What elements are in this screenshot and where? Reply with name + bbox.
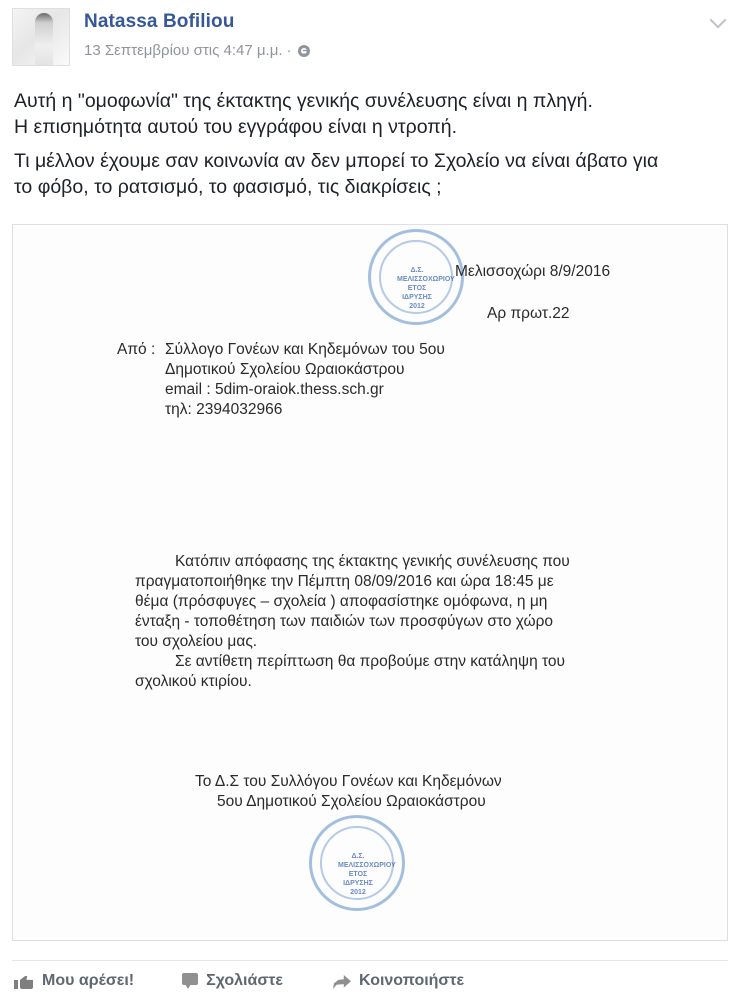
- author-name[interactable]: Natassa Bofiliou: [84, 11, 234, 33]
- doc-protocol: Αρ πρωτ.22: [487, 305, 570, 323]
- post-line: το φόβο, το ρατσισμό, το φασισμό, τις δι…: [14, 176, 442, 198]
- stamp-text: ΕΤΟΣ ΙΔΡΥΣΗΣ: [402, 285, 432, 301]
- post-timestamp[interactable]: 13 Σεπτεμβρίου στις 4:47 μ.μ.: [84, 42, 283, 59]
- doc-from-label: Από :: [117, 341, 155, 359]
- post-actions: Μου αρέσει! Σχολιάστε Κοινοποιήστε: [12, 972, 464, 990]
- doc-from-line: Δημοτικού Σχολείου Ωραιοκάστρου: [165, 361, 405, 379]
- globe-icon[interactable]: [298, 45, 310, 57]
- doc-body-line: του σχολείου μας.: [135, 633, 257, 651]
- doc-from-line: email : 5dim-oraiok.thess.sch.gr: [165, 381, 384, 399]
- doc-body-line: πραγματοποιήθηκε την Πέμπτη 08/09/2016 κ…: [135, 573, 554, 591]
- post-message: Αυτή η "ομοφωνία" της έκτακτης γενικής σ…: [14, 88, 724, 208]
- avatar-figure: [35, 13, 53, 66]
- doc-body-line: Κατόπιν απόφασης της έκτακτης γενικής συ…: [175, 553, 570, 571]
- doc-from-line: τηλ: 2394032966: [165, 401, 282, 419]
- stamp-text: ΕΤΟΣ ΙΔΡΥΣΗΣ: [343, 871, 373, 887]
- like-label: Μου αρέσει!: [42, 972, 134, 990]
- post-line: Τι μέλλον έχουμε σαν κοινωνία αν δεν μπο…: [14, 150, 658, 172]
- actions-divider: [12, 960, 728, 961]
- doc-body-line: σχολικού κτιρίου.: [135, 673, 252, 691]
- comment-label: Σχολιάστε: [206, 972, 283, 990]
- post-photo[interactable]: Δ.Σ. ΜΕΛΙΣΣΟΧΩΡΙΟΥΕΤΟΣ ΙΔΡΥΣΗΣ2012 Μελισ…: [12, 224, 728, 941]
- share-icon: [333, 973, 351, 989]
- doc-body-line: ένταξη - τοποθέτηση των παιδιών των προσ…: [135, 613, 553, 631]
- doc-body-line: θέμα (πρόσφυγες – σχολεία ) αποφασίστηκε…: [135, 593, 547, 611]
- post-line: Αυτή η "ομοφωνία" της έκτακτης γενικής σ…: [14, 90, 593, 112]
- doc-signature-line: 5ου Δημοτικού Σχολείου Ωραιοκάστρου: [217, 793, 486, 811]
- stamp-icon: Δ.Σ. ΜΕΛΙΣΣΟΧΩΡΙΟΥΕΤΟΣ ΙΔΡΥΣΗΣ2012: [309, 815, 405, 911]
- share-label: Κοινοποιήστε: [359, 972, 464, 990]
- doc-place-date: Μελισσοχώρι 8/9/2016: [455, 263, 610, 281]
- post-paragraph-1: Αυτή η "ομοφωνία" της έκτακτης γενικής σ…: [14, 88, 724, 140]
- doc-body-line: Σε αντίθετη περίπτωση θα προβούμε στην κ…: [175, 653, 565, 671]
- doc-from-line: Σύλλογο Γονέων και Κηδεμόνων του 5ου: [165, 341, 445, 359]
- comment-button[interactable]: Σχολιάστε: [182, 972, 283, 990]
- meta-separator: ·: [287, 42, 292, 59]
- thumbs-up-icon: [14, 973, 34, 989]
- share-button[interactable]: Κοινοποιήστε: [333, 972, 464, 990]
- post-paragraph-2: Τι μέλλον έχουμε σαν κοινωνία αν δεν μπο…: [14, 148, 724, 200]
- doc-signature-line: Το Δ.Σ του Συλλόγου Γονέων και Κηδεμόνων: [195, 773, 502, 791]
- comment-icon: [182, 973, 198, 989]
- author-avatar[interactable]: [12, 8, 70, 66]
- stamp-text: Δ.Σ. ΜΕΛΙΣΣΟΧΩΡΙΟΥ: [397, 267, 455, 283]
- post-meta: 13 Σεπτεμβρίου στις 4:47 μ.μ. ·: [84, 42, 310, 59]
- like-button[interactable]: Μου αρέσει!: [14, 972, 134, 990]
- post-line: Η επισημότητα αυτού του εγγράφου είναι η…: [14, 116, 457, 138]
- stamp-text: 2012: [350, 889, 366, 896]
- document-scan: Δ.Σ. ΜΕΛΙΣΣΟΧΩΡΙΟΥΕΤΟΣ ΙΔΡΥΣΗΣ2012 Μελισ…: [13, 225, 727, 940]
- stamp-text: 2012: [409, 303, 425, 310]
- stamp-text: Δ.Σ. ΜΕΛΙΣΣΟΧΩΡΙΟΥ: [338, 853, 396, 869]
- stamp-icon: Δ.Σ. ΜΕΛΙΣΣΟΧΩΡΙΟΥΕΤΟΣ ΙΔΡΥΣΗΣ2012: [368, 229, 464, 325]
- chevron-down-icon[interactable]: [710, 12, 727, 29]
